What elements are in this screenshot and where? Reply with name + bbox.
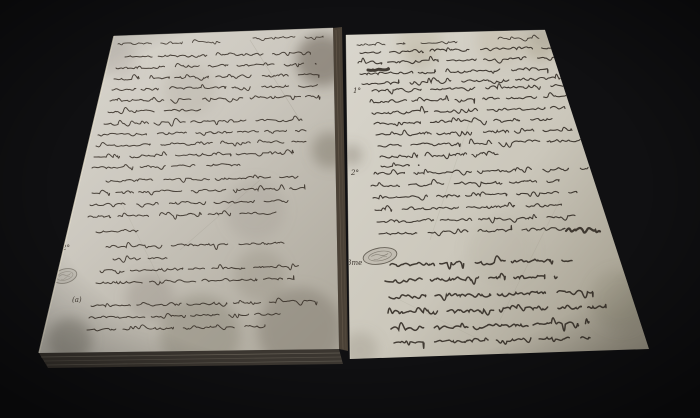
vignette-overlay [0, 0, 700, 418]
photo-of-manuscripts: 1°2°(a)1°2°3me [0, 0, 700, 418]
scene: 1°2°(a)1°2°3me [0, 0, 700, 418]
